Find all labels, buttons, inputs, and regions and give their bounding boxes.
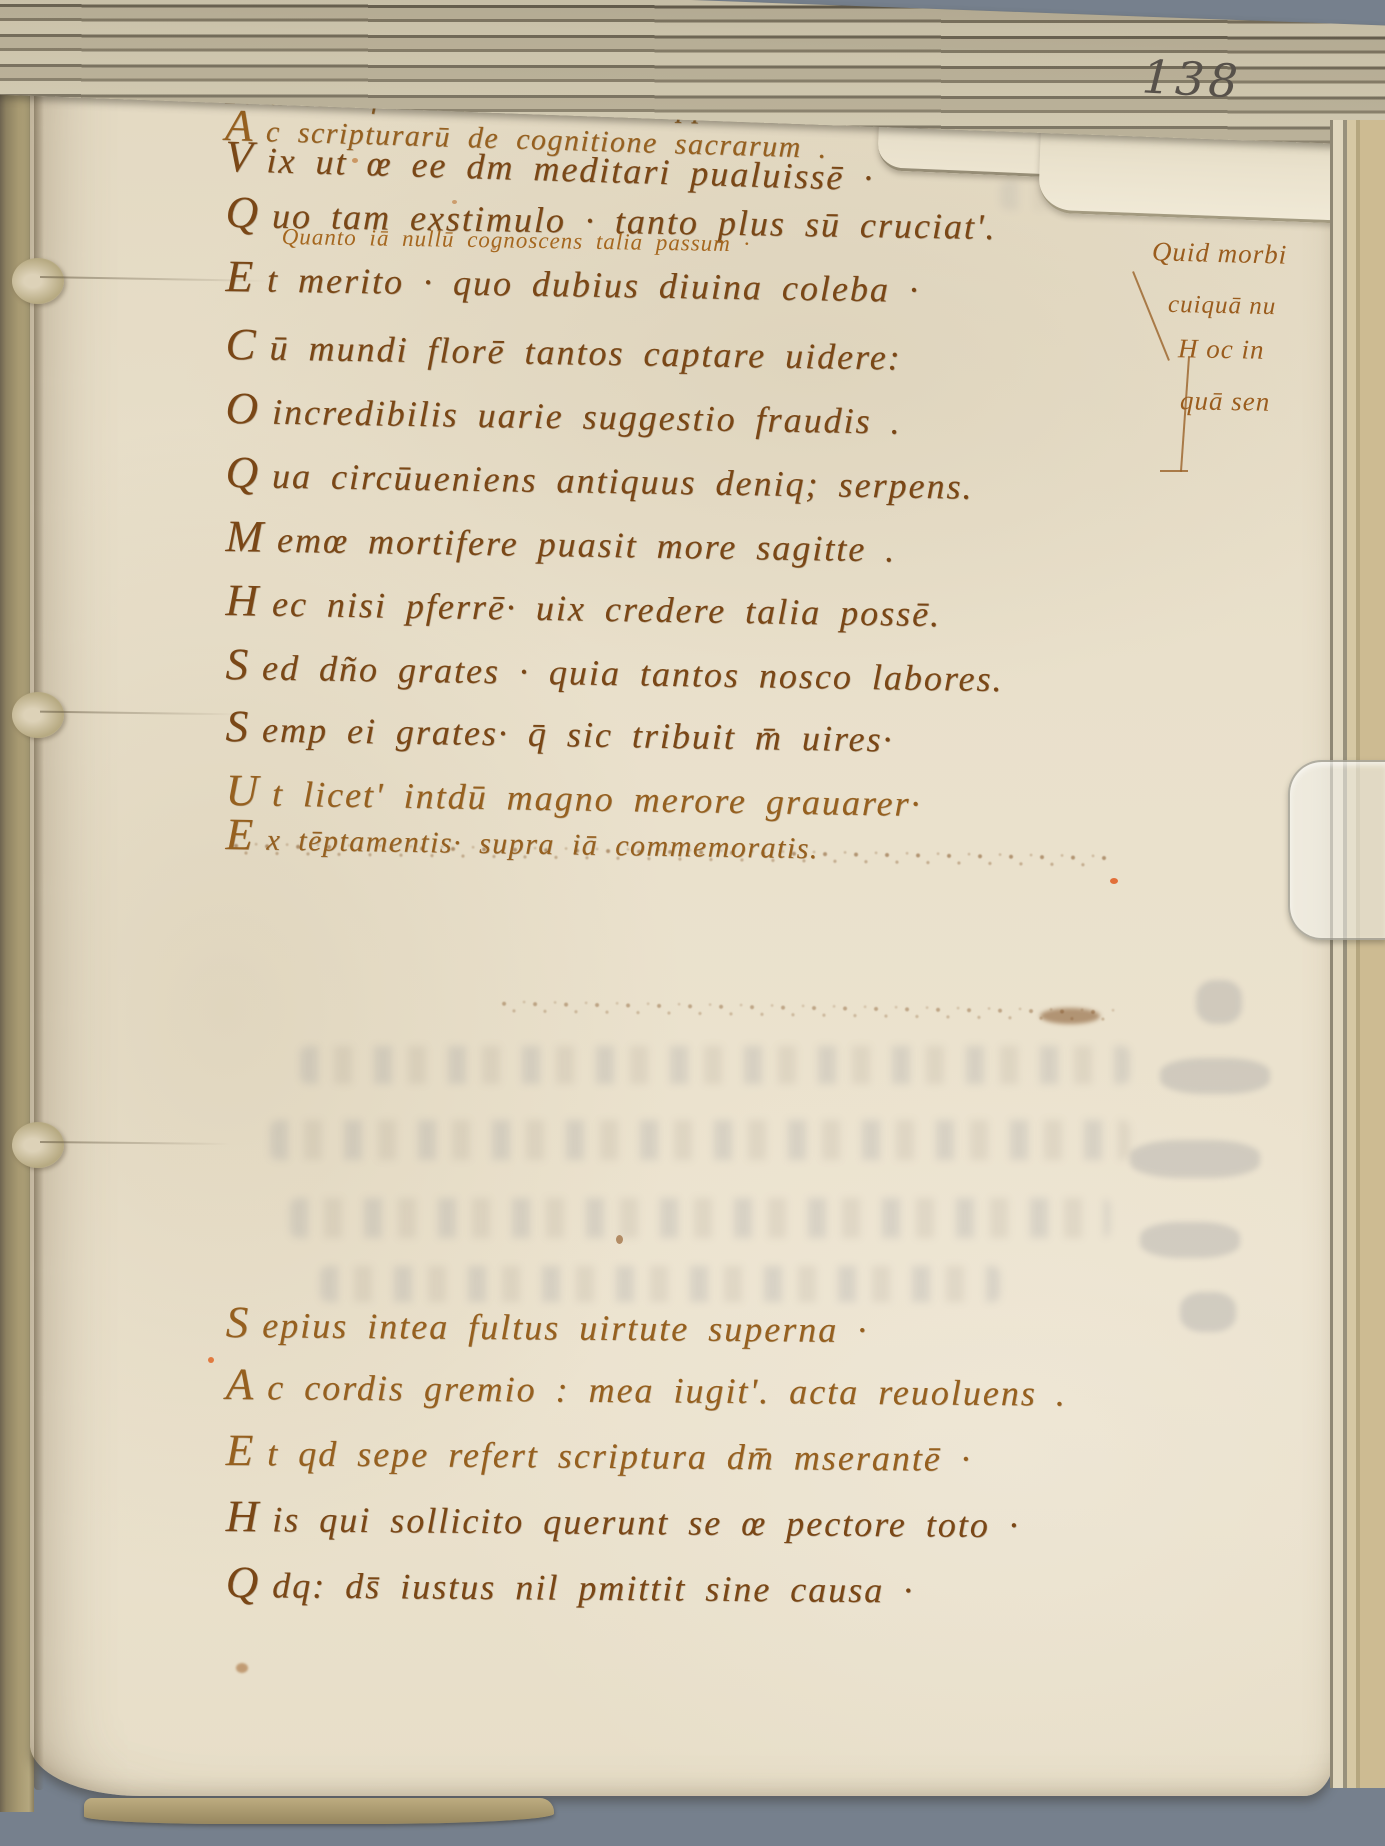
verse-initial: M [225, 511, 265, 562]
verse-line: Ac cordis gremio : mea iugit'. acta reuo… [226, 1358, 1067, 1417]
verse-initial: S [225, 639, 250, 689]
red-mark [208, 1357, 214, 1363]
verse-text: ū mundi florē tantos captare uidere: [269, 328, 902, 378]
verse-text: t qd sepe refert scriptura dm̄ mserantē … [267, 1433, 972, 1479]
stain-speck [236, 1663, 248, 1673]
marginal-bracket [1160, 470, 1188, 472]
verse-initial: C [225, 319, 258, 369]
verse-initial: H [225, 575, 260, 626]
verse-line: Semp ei grates· q̄ sic tribuit m̄ uires· [225, 700, 894, 762]
verse-line: Memœ mortifere puasit more sagitte . [225, 510, 897, 573]
verse-initial: E [226, 1425, 256, 1475]
underlying-leaf-edge [84, 1798, 554, 1824]
bleed-through-ghost [1180, 1292, 1236, 1332]
folio-number: 138 [1141, 49, 1244, 108]
verse-text: emœ mortifere puasit more sagitte . [277, 520, 897, 570]
bleed-through-ghost [1160, 1058, 1270, 1094]
marginal-note: cuiquā nu [1168, 291, 1277, 321]
verse-line: Cū mundi florē tantos captare uidere: [225, 318, 902, 381]
verse-line: Sepius intea fultus uirtute superna · [226, 1296, 869, 1353]
verse-text: is qui sollicito querunt se œ pectore to… [272, 1499, 1020, 1545]
verse-line: Ex tēptamentis· supra iā commemoratis. [225, 808, 819, 869]
fore-edge-leaves [1330, 120, 1385, 1788]
bleed-through-ghost [1130, 1140, 1260, 1178]
verse-text: incredibilis uarie suggestio fraudis . [272, 392, 902, 442]
erased-word-trace [1040, 1008, 1100, 1024]
verse-line: Qdq: ds̄ iustus nil pmittit sine causa · [226, 1556, 915, 1613]
sewing-support [12, 692, 64, 738]
verse-text: ua circūueniens antiquus deniq; serpens. [272, 456, 974, 507]
verse-text: c cordis gremio : mea iugit'. acta reuol… [267, 1367, 1067, 1413]
verse-initial: Q [225, 447, 260, 498]
verse-initial: V [224, 131, 255, 182]
bleed-through-ghost [1196, 980, 1242, 1024]
page-marker-tab [1288, 760, 1385, 940]
verse-line: Et qd sepe refert scriptura dm̄ mserantē… [226, 1424, 972, 1482]
verse-text: epius intea fultus uirtute superna · [262, 1305, 868, 1350]
verse-line: Et merito · quo dubius diuina coleba · [225, 250, 920, 313]
stain-speck [616, 1235, 623, 1244]
manuscript-photo: { "document": { "kind": "medieval manusc… [0, 0, 1385, 1846]
red-mark [1110, 878, 1118, 884]
verse-initial: Q [226, 1557, 261, 1607]
verse-text: x tēptamentis· supra iā commemoratis. [266, 824, 819, 866]
sewing-support [12, 1122, 64, 1168]
verse-initial: S [225, 701, 250, 751]
marginal-note: H oc in [1178, 333, 1265, 366]
verse-initial: O [225, 383, 260, 434]
verse-initial: E [225, 251, 255, 301]
marginal-note: Quid morbi [1152, 236, 1288, 271]
verse-text: ed dño grates · quia tantos nosco labore… [262, 648, 1004, 700]
verse-text: emp ei grates· q̄ sic tribuit m̄ uires· [262, 710, 894, 760]
verse-initial: A [226, 1359, 256, 1409]
gutter-shadow [34, 50, 44, 1790]
verse-text: ec nisi pferrē· uix credere talia possē. [272, 584, 942, 635]
verse-initial: S [226, 1297, 251, 1347]
verse-initial: H [226, 1491, 261, 1541]
verse-text: dq: ds̄ iustus nil pmittit sine causa · [272, 1565, 914, 1610]
verse-initial: E [225, 809, 255, 859]
bleed-through-ghost [290, 1198, 1110, 1238]
bleed-through-ghost [270, 1120, 1130, 1160]
bleed-through-ghost [1140, 1222, 1240, 1258]
verse-line: Oincredibilis uarie suggestio fraudis . [225, 382, 902, 445]
verse-initial: Q [225, 187, 260, 238]
verse-line: His qui sollicito querunt se œ pectore t… [226, 1490, 1021, 1548]
sewing-support [12, 258, 64, 304]
verse-text: t merito · quo dubius diuina coleba · [267, 260, 921, 310]
marginal-note: quā sen [1180, 385, 1271, 418]
bleed-through-ghost [300, 1046, 1130, 1084]
